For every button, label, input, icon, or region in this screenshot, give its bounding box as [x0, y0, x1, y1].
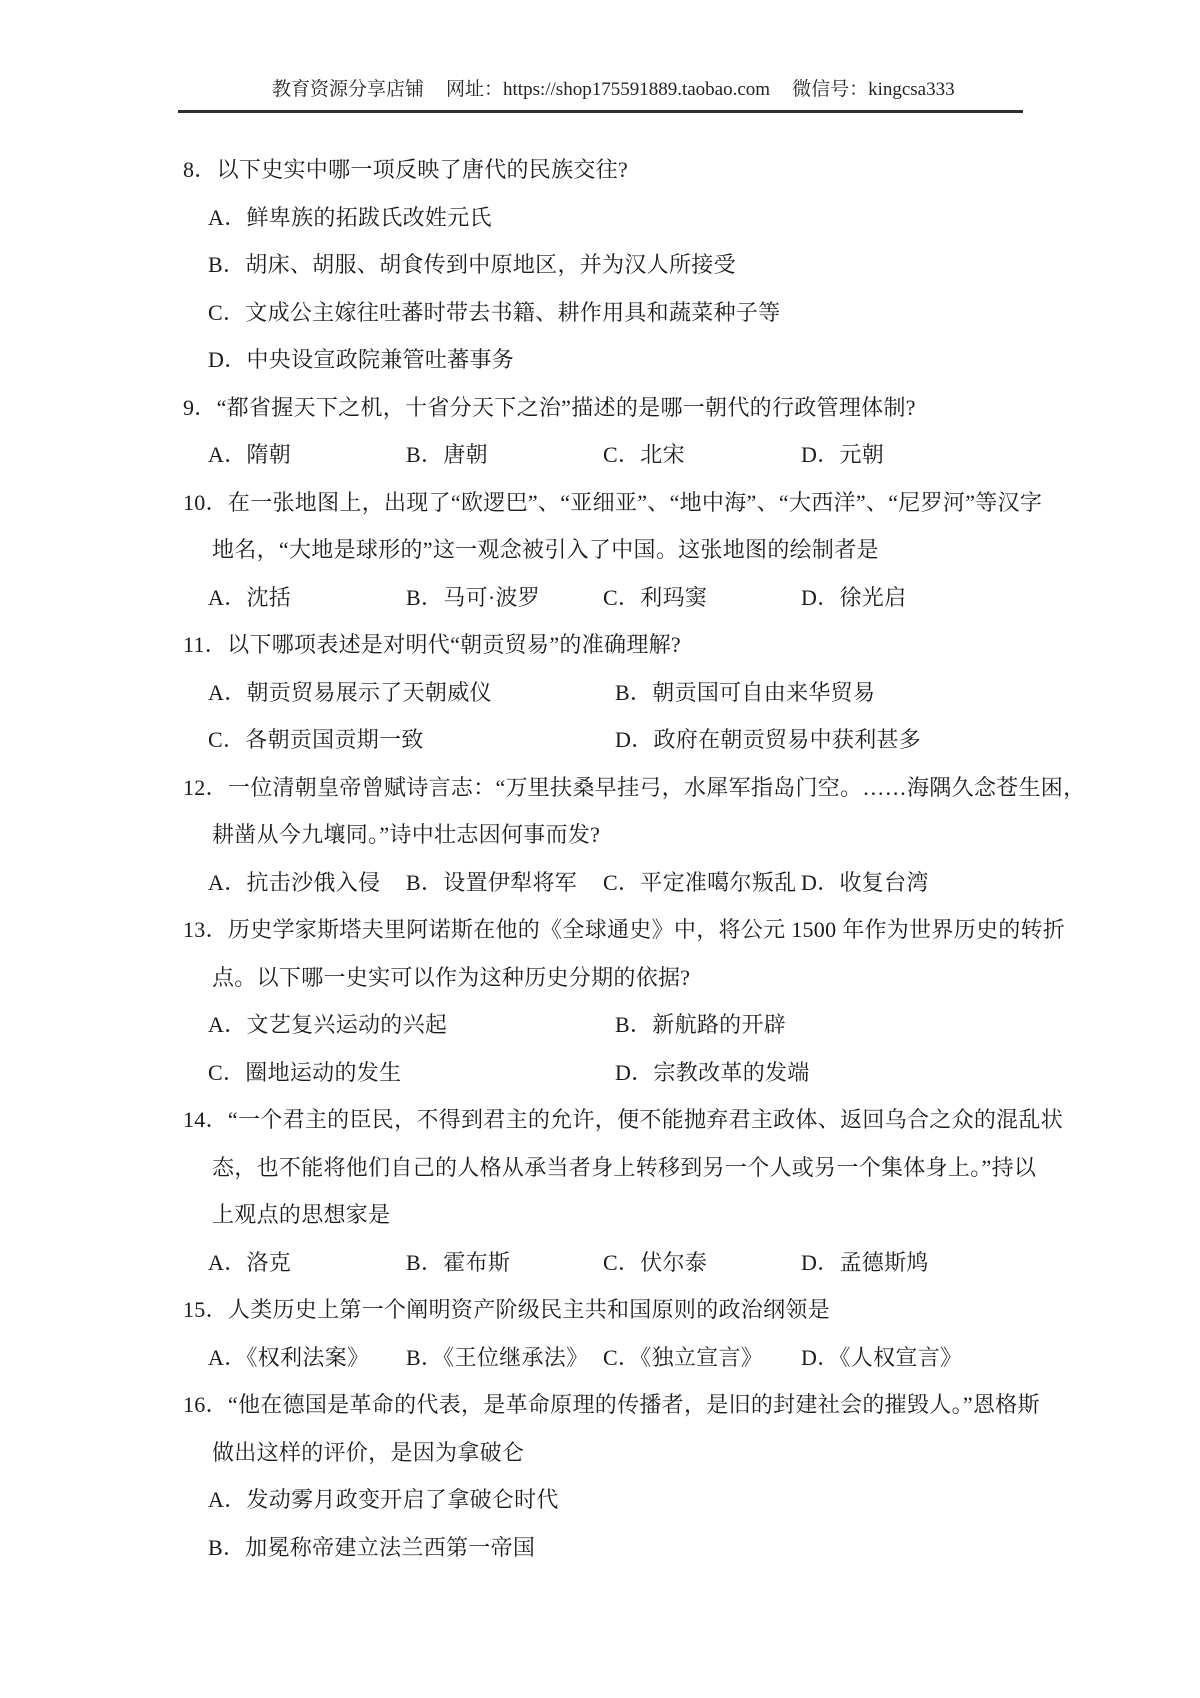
option-d: D．《人权宣言》 [801, 1334, 962, 1382]
page-header: 教育资源分享店铺 网址：https://shop175591889.taobao… [272, 74, 955, 100]
option-c: C．伏尔泰 [603, 1239, 707, 1287]
option-c: C．圈地运动的发生 [208, 1049, 401, 1097]
question-8-option-a: A．鲜卑族的拓跋氏改姓元氏 [0, 194, 1200, 242]
question-stem-text: “一个君主的臣民，不得到君主的允许，便不能抛弃君主政体、返回乌合之众的混乱状 [228, 1107, 1063, 1132]
option-b: B．马可·波罗 [406, 574, 540, 622]
question-16-stem-line-2: 做出这样的评价，是因为拿破仑 [0, 1429, 1200, 1477]
question-10-stem: 10．在一张地图上，出现了“欧逻巴”、“亚细亚”、“地中海”、“大西洋”、“尼罗… [0, 479, 1200, 527]
question-10-options: A．沈括 B．马可·波罗 C．利玛窦 D．徐光启 [0, 574, 1200, 622]
question-stem-text: 上观点的思想家是 [212, 1202, 390, 1227]
question-stem-text: 态，也不能将他们自己的人格从承当者身上转移到另一个人或另一个集体身上。”持以 [212, 1155, 1036, 1180]
option-a: A．洛克 [208, 1239, 291, 1287]
question-14-stem-line-3: 上观点的思想家是 [0, 1191, 1200, 1239]
question-8-option-b: B．胡床、胡服、胡食传到中原地区，并为汉人所接受 [0, 241, 1200, 289]
question-12-stem: 12．一位清朝皇帝曾赋诗言志：“万里扶桑早挂弓，水犀军指岛门空。……海隅久念苍生… [0, 764, 1200, 812]
question-12-stem-line-2: 耕凿从今九壤同。”诗中壮志因何事而发? [0, 811, 1200, 859]
question-12-options: A．抗击沙俄入侵 B．设置伊犁将军 C．平定准噶尔叛乱 D．收复台湾 [0, 859, 1200, 907]
option-d: D．宗教改革的发端 [615, 1049, 810, 1097]
question-9-options: A．隋朝 B．唐朝 C．北宋 D．元朝 [0, 431, 1200, 479]
option-a: A．发动雾月政变开启了拿破仑时代 [208, 1487, 559, 1512]
question-16-stem: 16．“他在德国是革命的代表，是革命原理的传播者，是旧的封建社会的摧毁人。”恩格… [0, 1381, 1200, 1429]
question-stem-text: “都省握天下之机，十省分天下之治”描述的是哪一朝代的行政管理体制? [217, 395, 916, 420]
question-14-stem: 14．“一个君主的臣民，不得到君主的允许，便不能抛弃君主政体、返回乌合之众的混乱… [0, 1096, 1200, 1144]
option-a: A．鲜卑族的拓跋氏改姓元氏 [208, 205, 492, 230]
option-b: B．霍布斯 [406, 1239, 510, 1287]
option-b: B．朝贡国可自由来华贸易 [615, 669, 875, 717]
question-stem-text: 人类历史上第一个阐明资产阶级民主共和国原则的政治纲领是 [228, 1297, 830, 1322]
question-13-stem: 13．历史学家斯塔夫里阿诺斯在他的《全球通史》中，将公元 1500 年作为世界历… [0, 906, 1200, 954]
question-8-option-d: D．中央设宣政院兼管吐蕃事务 [0, 336, 1200, 384]
option-c: C．北宋 [603, 431, 685, 479]
option-d: D．政府在朝贡贸易中获利甚多 [615, 716, 921, 764]
option-d: D．中央设宣政院兼管吐蕃事务 [208, 347, 514, 372]
question-number: 16． [183, 1392, 228, 1417]
question-stem-text: “他在德国是革命的代表，是革命原理的传播者，是旧的封建社会的摧毁人。”恩格斯 [228, 1392, 1040, 1417]
option-b: B．胡床、胡服、胡食传到中原地区，并为汉人所接受 [208, 252, 736, 277]
store-name: 教育资源分享店铺 [272, 74, 424, 101]
header-rule [178, 110, 1023, 113]
question-13-options-row-2: C．圈地运动的发生 D．宗教改革的发端 [0, 1049, 1200, 1097]
option-d: D．元朝 [801, 431, 884, 479]
option-b: B．加冕称帝建立法兰西第一帝国 [208, 1535, 535, 1560]
wechat-id: 微信号：kingcsa333 [792, 74, 955, 101]
question-stem-text: 在一张地图上，出现了“欧逻巴”、“亚细亚”、“地中海”、“大西洋”、“尼罗河”等… [228, 490, 1042, 515]
question-number: 10． [183, 490, 228, 515]
option-c: C．《独立宣言》 [603, 1334, 763, 1382]
option-d: D．孟德斯鸠 [801, 1239, 929, 1287]
question-8-option-c: C．文成公主嫁往吐蕃时带去书籍、耕作用具和蔬菜种子等 [0, 289, 1200, 337]
option-a: A．沈括 [208, 574, 291, 622]
questions-area: 8．以下史实中哪一项反映了唐代的民族交往? A．鲜卑族的拓跋氏改姓元氏 B．胡床… [0, 146, 1200, 1571]
question-13-stem-line-2: 点。以下哪一史实可以作为这种历史分期的依据? [0, 954, 1200, 1002]
question-stem-text: 耕凿从今九壤同。”诗中壮志因何事而发? [212, 822, 600, 847]
question-stem-text: 以下哪项表述是对明代“朝贡贸易”的准确理解? [227, 632, 681, 657]
question-13-options-row-1: A．文艺复兴运动的兴起 B．新航路的开辟 [0, 1001, 1200, 1049]
question-15-stem: 15．人类历史上第一个阐明资产阶级民主共和国原则的政治纲领是 [0, 1286, 1200, 1334]
question-11-options-row-2: C．各朝贡国贡期一致 D．政府在朝贡贸易中获利甚多 [0, 716, 1200, 764]
question-9-stem: 9．“都省握天下之机，十省分天下之治”描述的是哪一朝代的行政管理体制? [0, 384, 1200, 432]
option-a: A．抗击沙俄入侵 [208, 859, 380, 907]
option-a: A．隋朝 [208, 431, 291, 479]
question-number: 12． [183, 775, 228, 800]
question-number: 13． [183, 917, 228, 942]
question-14-options: A．洛克 B．霍布斯 C．伏尔泰 D．孟德斯鸠 [0, 1239, 1200, 1287]
question-number: 15． [183, 1297, 228, 1322]
question-11-options-row-1: A．朝贡贸易展示了天朝威仪 B．朝贡国可自由来华贸易 [0, 669, 1200, 717]
option-a: A．文艺复兴运动的兴起 [208, 1001, 447, 1049]
option-b: B．设置伊犁将军 [406, 859, 577, 907]
option-d: D．收复台湾 [801, 859, 929, 907]
question-stem-text: 地名，“大地是球形的”这一观念被引入了中国。这张地图的绘制者是 [212, 537, 879, 562]
option-b: B．唐朝 [406, 431, 488, 479]
option-a: A．《权利法案》 [208, 1334, 369, 1382]
question-stem-text: 历史学家斯塔夫里阿诺斯在他的《全球通史》中，将公元 1500 年作为世界历史的转… [228, 917, 1065, 942]
site-url: 网址：https://shop175591889.taobao.com [446, 74, 770, 101]
question-number: 11． [183, 632, 227, 657]
option-c: C．各朝贡国贡期一致 [208, 716, 424, 764]
option-c: C．平定准噶尔叛乱 [603, 859, 796, 907]
question-stem-text: 一位清朝皇帝曾赋诗言志：“万里扶桑早挂弓，水犀军指岛门空。……海隅久念苍生困， [228, 775, 1085, 800]
question-number: 14． [183, 1107, 228, 1132]
option-b: B．新航路的开辟 [615, 1001, 786, 1049]
question-number: 8． [183, 157, 217, 182]
question-14-stem-line-2: 态，也不能将他们自己的人格从承当者身上转移到另一个人或另一个集体身上。”持以 [0, 1144, 1200, 1192]
option-d: D．徐光启 [801, 574, 906, 622]
question-8-stem: 8．以下史实中哪一项反映了唐代的民族交往? [0, 146, 1200, 194]
question-16-option-a: A．发动雾月政变开启了拿破仑时代 [0, 1476, 1200, 1524]
option-c: C．利玛窦 [603, 574, 707, 622]
option-b: B．《王位继承法》 [406, 1334, 588, 1382]
question-stem-text: 做出这样的评价，是因为拿破仑 [212, 1440, 524, 1465]
question-11-stem: 11．以下哪项表述是对明代“朝贡贸易”的准确理解? [0, 621, 1200, 669]
question-16-option-b: B．加冕称帝建立法兰西第一帝国 [0, 1524, 1200, 1572]
question-stem-text: 点。以下哪一史实可以作为这种历史分期的依据? [212, 965, 690, 990]
question-15-options: A．《权利法案》 B．《王位继承法》 C．《独立宣言》 D．《人权宣言》 [0, 1334, 1200, 1382]
question-stem-text: 以下史实中哪一项反映了唐代的民族交往? [217, 157, 628, 182]
exam-page: 教育资源分享店铺 网址：https://shop175591889.taobao… [0, 0, 1200, 1698]
option-a: A．朝贡贸易展示了天朝威仪 [208, 669, 492, 717]
option-c: C．文成公主嫁往吐蕃时带去书籍、耕作用具和蔬菜种子等 [208, 300, 780, 325]
question-number: 9． [183, 395, 217, 420]
question-10-stem-line-2: 地名，“大地是球形的”这一观念被引入了中国。这张地图的绘制者是 [0, 526, 1200, 574]
